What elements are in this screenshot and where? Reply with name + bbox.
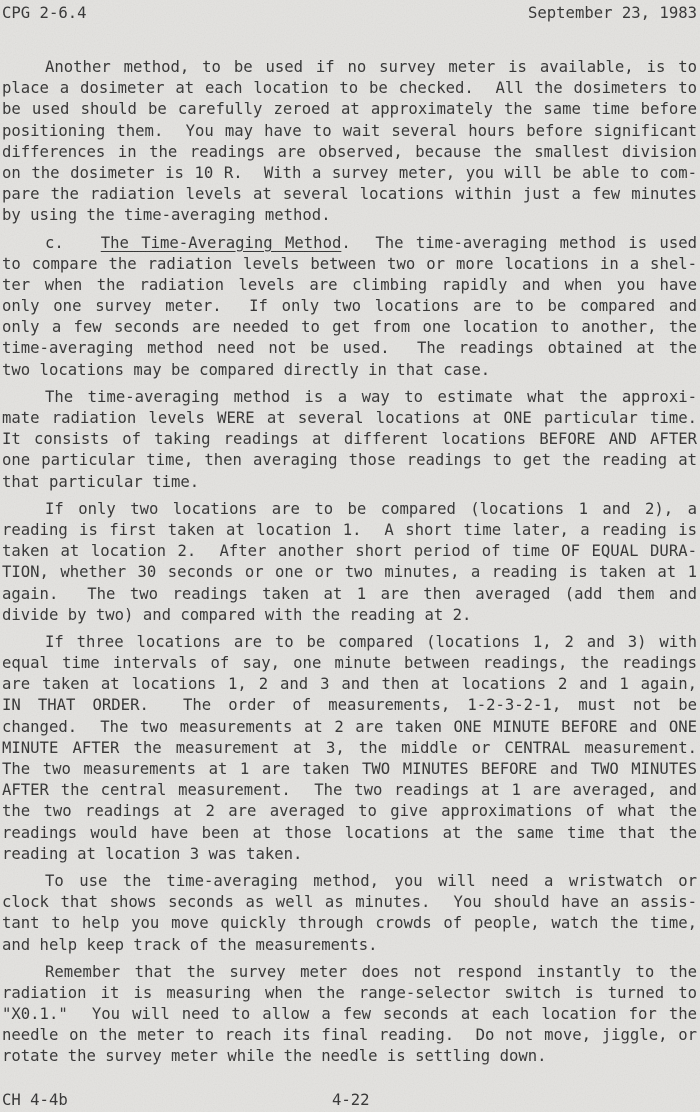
document-body: Another method, to be used if no survey … [2,57,697,1074]
text-line: needle on the meter to reach its final r… [2,1025,697,1046]
paragraph: If three locations are to be compared (l… [2,632,697,865]
document-date: September 23, 1983 [528,3,697,23]
paragraph: Remember that the survey meter does not … [2,962,697,1068]
text-line: changed. The two measurements at 2 are t… [2,717,697,738]
text-line: reading is first taken at location 1. A … [2,520,697,541]
text-segment: c. [45,234,101,252]
text-line: radiation it is measuring when the range… [2,983,697,1004]
text-line: positioning them. You may have to wait s… [2,121,697,142]
text-line: and help keep track of the measurements. [2,935,697,956]
text-line: If three locations are to be compared (l… [2,632,697,653]
text-line: To use the time-averaging method, you wi… [2,871,697,892]
text-line: be used should be carefully zeroed at ap… [2,99,697,120]
paragraph: To use the time-averaging method, you wi… [2,871,697,956]
text-line: on the dosimeter is 10 R. With a survey … [2,163,697,184]
paragraph: The time-averaging method is a way to es… [2,387,697,493]
paragraph: c. The Time-Averaging Method. The time-a… [2,233,697,381]
text-line: c. The Time-Averaging Method. The time-a… [2,233,697,254]
document-number: CPG 2-6.4 [2,3,87,23]
text-line: ter when the radiation levels are climbi… [2,275,697,296]
text-line: TION, whether 30 seconds or one or two m… [2,562,697,583]
text-line: IN THAT ORDER. The order of measurements… [2,695,697,716]
chapter-reference: CH 4-4b [2,1090,68,1110]
text-line: are taken at locations 1, 2 and 3 and th… [2,674,697,695]
text-line: time-averaging method need not be used. … [2,338,697,359]
paragraph: If only two locations are to be compared… [2,499,697,626]
text-line: readings would have been at those locati… [2,823,697,844]
text-line: AFTER the central measurement. The two r… [2,780,697,801]
text-line: taken at location 2. After another short… [2,541,697,562]
text-line: tant to help you move quickly through cr… [2,913,697,934]
text-line: only a few seconds are needed to get fro… [2,317,697,338]
underlined-heading: The Time-Averaging Method [101,234,342,252]
text-line: The time-averaging method is a way to es… [2,387,697,408]
text-line: to compare the radiation levels between … [2,254,697,275]
page-number: 4-22 [332,1090,370,1110]
scanned-document-page: CPG 2-6.4 September 23, 1983 Another met… [0,0,700,1112]
text-line: one particular time, then averaging thos… [2,450,697,471]
text-segment: . The time-averaging method is used [341,234,697,252]
text-line: Remember that the survey meter does not … [2,962,697,983]
paragraph: Another method, to be used if no survey … [2,57,697,227]
text-line: pare the radiation levels at several loc… [2,184,697,205]
text-line: MINUTE AFTER the measurement at 3, the m… [2,738,697,759]
text-line: two locations may be compared directly i… [2,360,697,381]
text-line: by using the time-averaging method. [2,205,697,226]
text-line: "X0.1." You will need to allow a few sec… [2,1004,697,1025]
text-line: differences in the readings are observed… [2,142,697,163]
text-line: only one survey meter. If only two locat… [2,296,697,317]
text-line: that particular time. [2,472,697,493]
text-line: reading at location 3 was taken. [2,844,697,865]
text-line: mate radiation levels WERE at several lo… [2,408,697,429]
text-line: place a dosimeter at each location to be… [2,78,697,99]
text-line: Another method, to be used if no survey … [2,57,697,78]
text-line: divide by two) and compared with the rea… [2,605,697,626]
text-line: the two readings at 2 are averaged to gi… [2,801,697,822]
text-line: It consists of taking readings at differ… [2,429,697,450]
text-line: equal time intervals of say, one minute … [2,653,697,674]
text-line: again. The two readings taken at 1 are t… [2,584,697,605]
text-line: If only two locations are to be compared… [2,499,697,520]
page-header: CPG 2-6.4 September 23, 1983 [2,3,697,23]
text-line: rotate the survey meter while the needle… [2,1046,697,1067]
text-line: The two measurements at 1 are taken TWO … [2,759,697,780]
text-line: clock that shows seconds as well as minu… [2,892,697,913]
